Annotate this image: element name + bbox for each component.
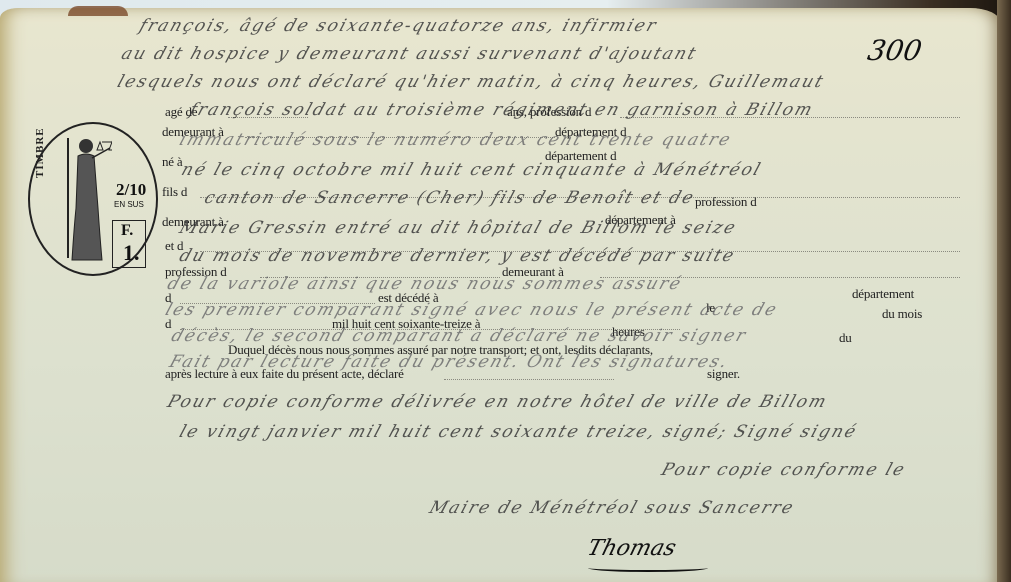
handwritten-line: canton de Sancerre (Cher) fils de Benoît… [202,188,698,208]
stamp-series-number: 1. [123,240,140,266]
form-label: département [852,286,914,302]
handwritten-line: de la variole ainsi que nous nous sommes… [165,274,685,294]
handwritten-line: Maire de Ménétréol sous Sancerre [427,498,798,518]
handwritten-line: né le cinq octobre mil huit cent cinquan… [179,160,765,180]
handwritten-line: du mois de novembre dernier, y est décéd… [177,246,738,266]
form-label: du mois [882,306,922,322]
stamp-value: 2/10 [116,180,146,200]
handwritten-line: françois soldat au troisième régiment en… [187,100,817,120]
handwritten-line: décès, le second comparant a déclaré ne … [169,326,750,346]
stamp-label: TIMBRE [34,127,46,178]
handwritten-line: françois, âgé de soixante-quatorze ans, … [137,16,660,36]
stamp-subtext: EN SUS [114,200,144,209]
handwritten-line: Fait par lecture faite du présent. Ont l… [167,352,732,372]
form-label: du [839,330,852,346]
form-label: profession d [695,194,757,210]
handwritten-line: les premier comparant signé avec nous le… [163,300,781,320]
handwritten-line: lesquels nous ont déclaré qu'hier matin,… [115,72,828,92]
form-label: fils d [162,184,187,200]
handwritten-line: au dit hospice y demeurant aussi survena… [119,44,700,64]
handwritten-line: immatriculé sous le numéro deux cent tre… [177,130,735,150]
book-binding-edge [997,0,1011,582]
handwritten-line: Pour copie conforme délivrée en notre hô… [165,392,831,412]
justice-figure-icon [62,128,112,268]
page-number: 300 [865,34,924,67]
signature-flourish [588,564,708,572]
form-label: né à [162,154,183,170]
stamp-series: F. [121,222,133,240]
handwritten-line: Marie Gressin entré au dit hôpital de Bi… [177,218,740,238]
document-page [0,8,1000,582]
handwritten-line: Pour copie conforme le [659,460,909,480]
mayor-signature: Thomas [585,536,679,561]
handwritten-line: le vingt janvier mil huit cent soixante … [177,422,860,442]
page-tear [68,6,128,16]
